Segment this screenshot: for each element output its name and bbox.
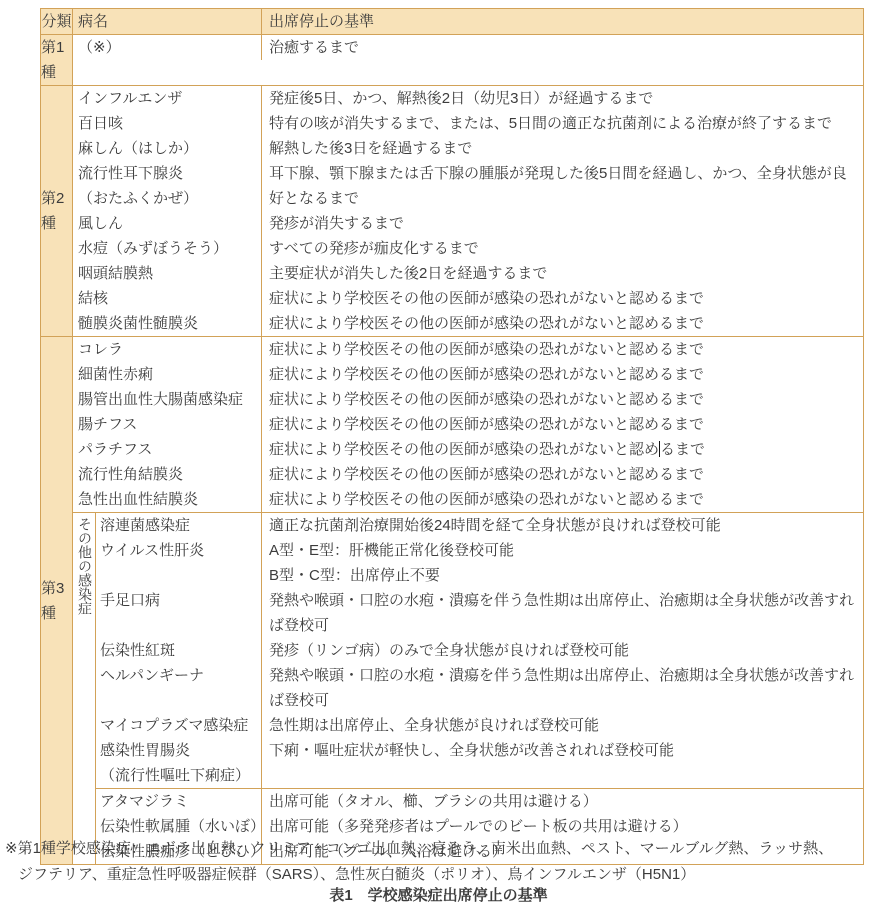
disease-name: 結核	[73, 286, 262, 311]
type3-other-group: 溶連菌感染症 適正な抗菌剤治療開始後24時間を経て全身状態が良ければ登校可能 ウ…	[96, 513, 863, 788]
table-row: 細菌性赤痢 症状により学校医その他の医師が感染の恐れがないと認めるまで	[73, 362, 863, 387]
disease-name: 風しん	[73, 211, 262, 236]
disease-name: アタマジラミ	[96, 789, 262, 814]
disease-name: 百日咳	[73, 111, 262, 136]
footnote-line1: ※第1種学校感染症：エボラ出血熱、クリミア・コンゴ出血熱、痘そう、南米出血熱、ペ…	[5, 836, 871, 862]
footnote: ※第1種学校感染症：エボラ出血熱、クリミア・コンゴ出血熱、痘そう、南米出血熱、ペ…	[5, 836, 871, 888]
criteria-text: 症状により学校医その他の医師が感染の恐れがないと認めるまで	[262, 412, 863, 437]
criteria-text: 解熱した後3日を経過するまで	[262, 136, 863, 161]
criteria-text: 発疹が消失するまで	[262, 211, 863, 236]
table-row: インフルエンザ 発症後5日、かつ、解熱後2日（幼児3日）が経過するまで	[73, 86, 863, 111]
table-row: 伝染性紅斑 発疹（リンゴ病）のみで全身状態が良ければ登校可能	[96, 638, 863, 663]
document-page[interactable]: 分類 病名 出席停止の基準 第1種 （※） 治癒するまで 第2種 インフルエンザ…	[0, 0, 877, 903]
attendance-suspension-table: 分類 病名 出席停止の基準 第1種 （※） 治癒するまで 第2種 インフルエンザ…	[40, 8, 864, 865]
header-criteria: 出席停止の基準	[262, 9, 863, 34]
disease-name: 細菌性赤痢	[73, 362, 262, 387]
table-row: アタマジラミ 出席可能（タオル、櫛、ブラシの共用は避ける）	[96, 789, 863, 814]
criteria-text-after-caret: るまで	[660, 441, 705, 458]
criteria-text: 症状により学校医その他の医師が感染の恐れがないと認めるまで	[262, 462, 863, 487]
criteria-text: 症状により学校医その他の医師が感染の恐れがないと認めるまで	[262, 487, 863, 512]
table-row: 流行性角結膜炎 症状により学校医その他の医師が感染の恐れがないと認めるまで	[73, 462, 863, 487]
disease-name: ウイルス性肝炎	[96, 538, 262, 563]
section-type3: 第3種 コレラ 症状により学校医その他の医師が感染の恐れがないと認めるまで 細菌…	[41, 337, 863, 864]
criteria-text: 症状により学校医その他の医師が感染の恐れがないと認めるまで	[262, 362, 863, 387]
header-disease: 病名	[73, 9, 262, 34]
category-type1: 第1種	[41, 35, 73, 85]
type3-main-group: コレラ 症状により学校医その他の医師が感染の恐れがないと認めるまで 細菌性赤痢 …	[73, 337, 863, 512]
criteria-text-before-caret: 症状により学校医その他の医師が感染の恐れがないと認め	[269, 441, 659, 458]
table-row: ウイルス性肝炎 A型・E型：肝機能正常化後登校可能	[96, 538, 863, 563]
disease-name	[96, 563, 262, 588]
criteria-text: 症状により学校医その他の医師が感染の恐れがないと認めるまで	[262, 286, 863, 311]
disease-name: 麻しん（はしか）	[73, 136, 262, 161]
criteria-text: 発症後5日、かつ、解熱後2日（幼児3日）が経過するまで	[262, 86, 863, 111]
disease-name: 腸管出血性大腸菌感染症	[73, 387, 262, 412]
section-type2: 第2種 インフルエンザ 発症後5日、かつ、解熱後2日（幼児3日）が経過するまで …	[41, 86, 863, 337]
section-type1: 第1種 （※） 治癒するまで	[41, 35, 863, 86]
header-classification: 分類	[41, 9, 73, 34]
disease-name: 手足口病	[96, 588, 262, 638]
criteria-text: B型・C型：出席停止不要	[262, 563, 863, 588]
table-row: 手足口病 発熱や喉頭・口腔の水疱・潰瘍を伴う急性期は出席停止、治癒期は全身状態が…	[96, 588, 863, 638]
table-row: 急性出血性結膜炎 症状により学校医その他の医師が感染の恐れがないと認めるまで	[73, 487, 863, 512]
table-row: 髄膜炎菌性髄膜炎 症状により学校医その他の医師が感染の恐れがないと認めるまで	[73, 311, 863, 336]
criteria-text: A型・E型：肝機能正常化後登校可能	[262, 538, 863, 563]
table-row: マイコプラズマ感染症 急性期は出席停止、全身状態が良ければ登校可能	[96, 713, 863, 738]
criteria-text: 発熱や喉頭・口腔の水疱・潰瘍を伴う急性期は出席停止、治癒期は全身状態が改善すれば…	[262, 588, 863, 638]
table-row: コレラ 症状により学校医その他の医師が感染の恐れがないと認めるまで	[73, 337, 863, 362]
criteria-text: 治癒するまで	[262, 35, 863, 60]
disease-name: （※）	[73, 35, 262, 60]
criteria-text: 耳下腺、顎下腺または舌下腺の腫脹が発現した後5日間を経過し、かつ、全身状態が良好…	[262, 161, 863, 211]
disease-name: 咽頭結膜熱	[73, 261, 262, 286]
table-caption: 表1 学校感染症出席停止の基準	[0, 884, 877, 903]
table-row: 溶連菌感染症 適正な抗菌剤治療開始後24時間を経て全身状態が良ければ登校可能	[96, 513, 863, 538]
table-row: 百日咳 特有の咳が消失するまで、または、5日間の適正な抗菌剤による治療が終了する…	[73, 111, 863, 136]
disease-name: 急性出血性結膜炎	[73, 487, 262, 512]
disease-name: マイコプラズマ感染症	[96, 713, 262, 738]
disease-name: パラチフス	[73, 437, 262, 462]
table-row: 水痘（みずぼうそう） すべての発疹が痂皮化するまで	[73, 236, 863, 261]
disease-name: 溶連菌感染症	[96, 513, 262, 538]
disease-name: 腸チフス	[73, 412, 262, 437]
criteria-text: 出席可能（タオル、櫛、ブラシの共用は避ける）	[262, 789, 863, 814]
disease-name: 流行性耳下腺炎 （おたふくかぜ）	[73, 161, 262, 211]
table-row: 流行性耳下腺炎 （おたふくかぜ） 耳下腺、顎下腺または舌下腺の腫脹が発現した後5…	[73, 161, 863, 211]
table-row: 麻しん（はしか） 解熱した後3日を経過するまで	[73, 136, 863, 161]
criteria-text: すべての発疹が痂皮化するまで	[262, 236, 863, 261]
table-row: ヘルパンギーナ 発熱や喉頭・口腔の水疱・潰瘍を伴う急性期は出席停止、治癒期は全身…	[96, 663, 863, 713]
disease-name: コレラ	[73, 337, 262, 362]
criteria-text: 症状により学校医その他の医師が感染の恐れがないと認めるまで	[262, 437, 863, 462]
criteria-text: 症状により学校医その他の医師が感染の恐れがないと認めるまで	[262, 337, 863, 362]
criteria-text: 発疹（リンゴ病）のみで全身状態が良ければ登校可能	[262, 638, 863, 663]
table-row: （※） 治癒するまで	[73, 35, 863, 60]
disease-name: 感染性胃腸炎 （流行性嘔吐下痢症）	[96, 738, 262, 788]
criteria-text: 適正な抗菌剤治療開始後24時間を経て全身状態が良ければ登校可能	[262, 513, 863, 538]
category-type2: 第2種	[41, 86, 73, 336]
disease-name: 流行性角結膜炎	[73, 462, 262, 487]
category-type3: 第3種	[41, 337, 73, 864]
disease-name: 水痘（みずぼうそう）	[73, 236, 262, 261]
disease-name: 伝染性紅斑	[96, 638, 262, 663]
table-row: パラチフス 症状により学校医その他の医師が感染の恐れがないと認めるまで	[73, 437, 863, 462]
disease-name: 髄膜炎菌性髄膜炎	[73, 311, 262, 336]
table-row: 腸チフス 症状により学校医その他の医師が感染の恐れがないと認めるまで	[73, 412, 863, 437]
disease-name: ヘルパンギーナ	[96, 663, 262, 713]
table-row: 風しん 発疹が消失するまで	[73, 211, 863, 236]
criteria-text: 急性期は出席停止、全身状態が良ければ登校可能	[262, 713, 863, 738]
table-row: 腸管出血性大腸菌感染症 症状により学校医その他の医師が感染の恐れがないと認めるま…	[73, 387, 863, 412]
table-row: 感染性胃腸炎 （流行性嘔吐下痢症） 下痢・嘔吐症状が軽快し、全身状態が改善されれ…	[96, 738, 863, 788]
table-row: B型・C型：出席停止不要	[96, 563, 863, 588]
type3-other-infections-block: その他の感染症 溶連菌感染症 適正な抗菌剤治療開始後24時間を経て全身状態が良け…	[73, 512, 863, 864]
criteria-text: 特有の咳が消失するまで、または、5日間の適正な抗菌剤による治療が終了するまで	[262, 111, 863, 136]
table-header-row: 分類 病名 出席停止の基準	[41, 9, 863, 35]
disease-name: インフルエンザ	[73, 86, 262, 111]
criteria-text: 主要症状が消失した後2日を経過するまで	[262, 261, 863, 286]
criteria-text: 症状により学校医その他の医師が感染の恐れがないと認めるまで	[262, 387, 863, 412]
criteria-text: 症状により学校医その他の医師が感染の恐れがないと認めるまで	[262, 311, 863, 336]
subcolumn-other-infections: その他の感染症	[73, 513, 96, 864]
table-row: 結核 症状により学校医その他の医師が感染の恐れがないと認めるまで	[73, 286, 863, 311]
criteria-text: 発熱や喉頭・口腔の水疱・潰瘍を伴う急性期は出席停止、治癒期は全身状態が改善すれば…	[262, 663, 863, 713]
criteria-text: 下痢・嘔吐症状が軽快し、全身状態が改善されれば登校可能	[262, 738, 863, 788]
table-row: 咽頭結膜熱 主要症状が消失した後2日を経過するまで	[73, 261, 863, 286]
